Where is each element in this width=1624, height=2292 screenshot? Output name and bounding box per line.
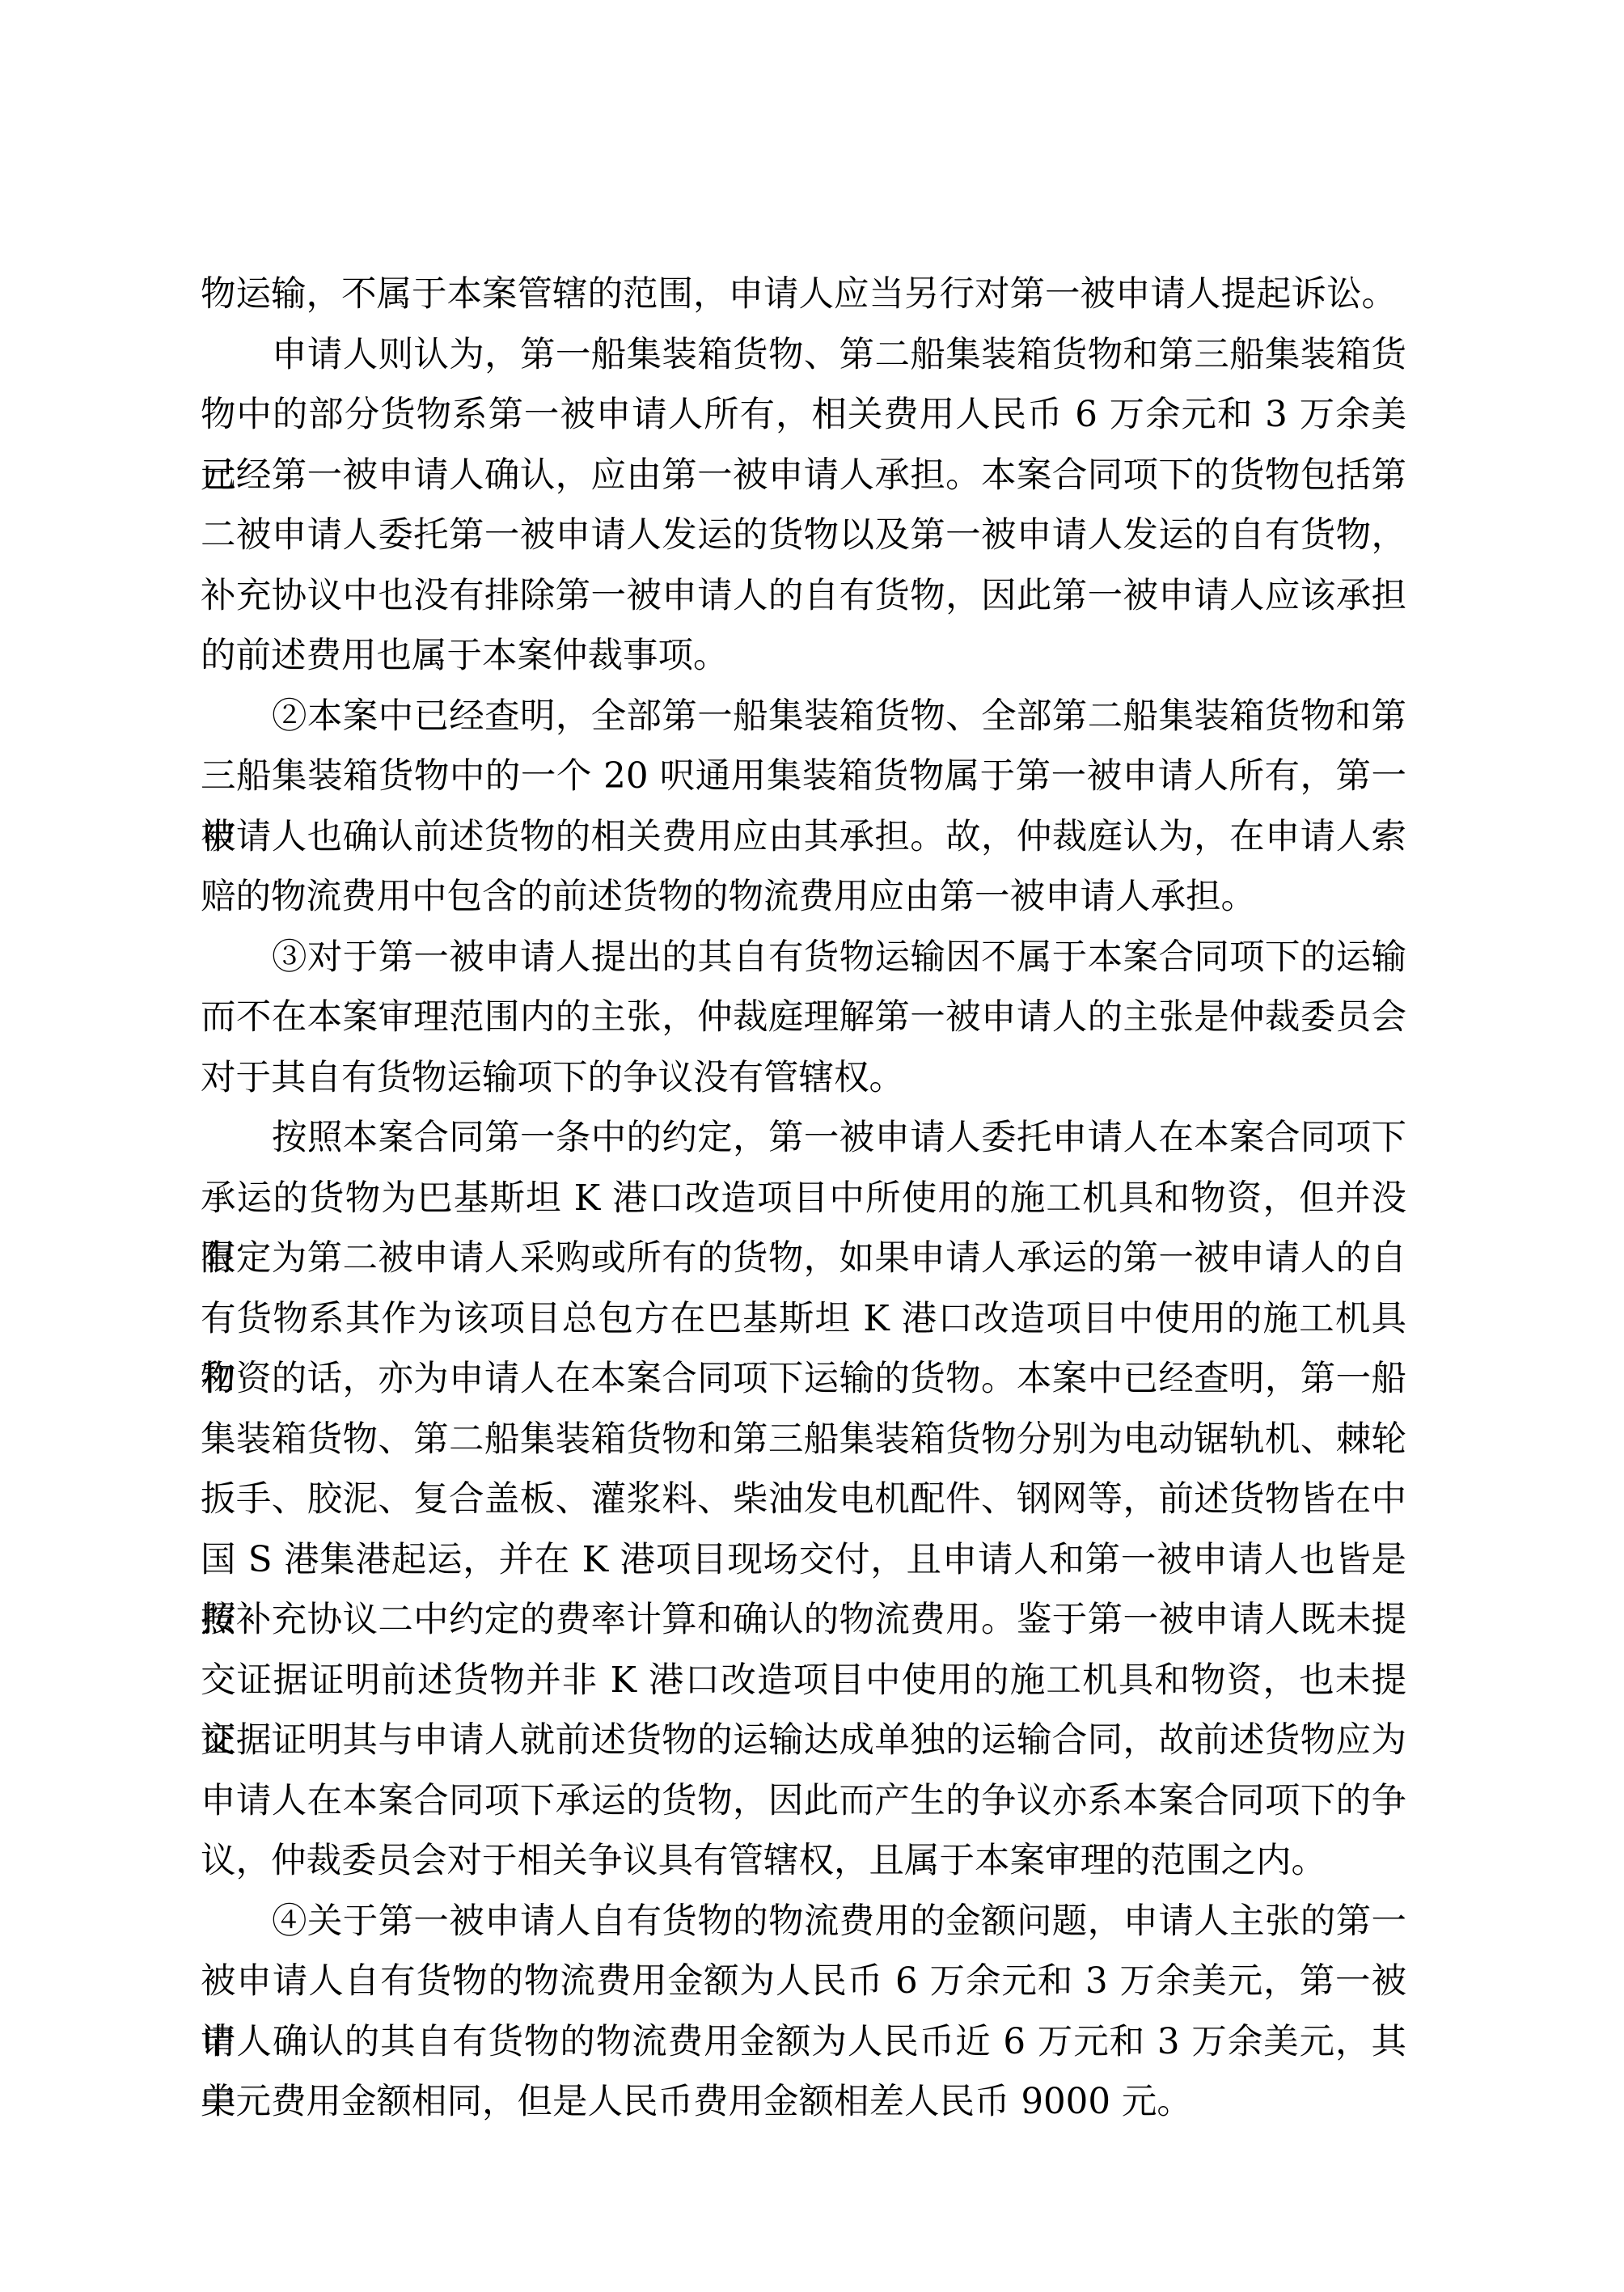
text-line: 物中的部分货物系第一被申请人所有，相关费用人民币 6 万余元和 3 万余美元 <box>201 385 1406 446</box>
text-line: 有货物系其作为该项目总包方在巴基斯坦 K 港口改造项目中使用的施工机具和 <box>201 1289 1406 1350</box>
text-line: 申请人则认为，第一船集装箱货物、第二船集装箱货物和第三船集装箱货 <box>201 325 1406 386</box>
text-line: ④关于第一被申请人自有货物的物流费用的金额问题，申请人主张的第一 <box>201 1892 1406 1952</box>
text-line: 交证据证明前述货物并非 K 港口改造项目中使用的施工机具和物资，也未提交 <box>201 1651 1406 1711</box>
text-line: 请人确认的其自有货物的物流费用金额为人民币近 6 万元和 3 万余美元，其中 <box>201 2012 1406 2073</box>
text-line: 美元费用金额相同，但是人民币费用金额相差人民币 9000 元。 <box>201 2072 1406 2133</box>
text-line: 承运的货物为巴基斯坦 K 港口改造项目中所使用的施工机具和物资，但并没有 <box>201 1169 1406 1229</box>
text-line: ③对于第一被申请人提出的其自有货物运输因不属于本案合同项下的运输 <box>201 928 1406 988</box>
text-block: 物运输，不属于本案管辖的范围，申请人应当另行对第一被申请人提起诉讼。申请人则认为… <box>201 264 1406 2133</box>
text-line: 限定为第二被申请人采购或所有的货物，如果申请人承运的第一被申请人的自 <box>201 1228 1406 1289</box>
text-line: 按照本案合同第一条中的约定，第一被申请人委托申请人在本案合同项下 <box>201 1108 1406 1169</box>
text-line: 三船集装箱货物中的一个 20 呎通用集装箱货物属于第一被申请人所有，第一被 <box>201 746 1406 807</box>
text-line: 二被申请人委托第一被申请人发运的货物以及第一被申请人发运的自有货物， <box>201 505 1406 566</box>
text-line: ②本案中已经查明，全部第一船集装箱货物、全部第二船集装箱货物和第 <box>201 687 1406 747</box>
text-line: 赔的物流费用中包含的前述货物的物流费用应由第一被申请人承担。 <box>201 867 1406 928</box>
text-line: 物资的话，亦为申请人在本案合同项下运输的货物。本案中已经查明，第一船 <box>201 1349 1406 1410</box>
text-line: 国 S 港集港起运，并在 K 港项目现场交付，且申请人和第一被申请人也皆是按 <box>201 1530 1406 1591</box>
text-line: 扳手、胶泥、复合盖板、灌浆料、柴油发电机配件、钢网等，前述货物皆在中 <box>201 1470 1406 1530</box>
text-line: 补充协议中也没有排除第一被申请人的自有货物，因此第一被申请人应该承担 <box>201 566 1406 627</box>
text-line: 的前述费用也属于本案仲裁事项。 <box>201 626 1406 687</box>
text-line: 议，仲裁委员会对于相关争议具有管辖权，且属于本案审理的范围之内。 <box>201 1831 1406 1892</box>
text-line: 被申请人自有货物的物流费用金额为人民币 6 万余元和 3 万余美元，第一被申 <box>201 1952 1406 2012</box>
text-line: 申请人也确认前述货物的相关费用应由其承担。故，仲裁庭认为，在申请人索 <box>201 807 1406 868</box>
text-line: 已经第一被申请人确认，应由第一被申请人承担。本案合同项下的货物包括第 <box>201 446 1406 506</box>
text-line: 证据证明其与申请人就前述货物的运输达成单独的运输合同，故前述货物应为 <box>201 1711 1406 1771</box>
text-line: 物运输，不属于本案管辖的范围，申请人应当另行对第一被申请人提起诉讼。 <box>201 264 1406 325</box>
text-line: 申请人在本案合同项下承运的货物，因此而产生的争议亦系本案合同项下的争 <box>201 1771 1406 1832</box>
text-line: 集装箱货物、第二船集装箱货物和第三船集装箱货物分别为电动锯轨机、棘轮 <box>201 1410 1406 1470</box>
text-line: 照补充协议二中约定的费率计算和确认的物流费用。鉴于第一被申请人既未提 <box>201 1590 1406 1651</box>
text-line: 而不在本案审理范围内的主张，仲裁庭理解第一被申请人的主张是仲裁委员会 <box>201 987 1406 1048</box>
text-line: 对于其自有货物运输项下的争议没有管辖权。 <box>201 1048 1406 1109</box>
document-page: 物运输，不属于本案管辖的范围，申请人应当另行对第一被申请人提起诉讼。申请人则认为… <box>0 0 1624 2292</box>
